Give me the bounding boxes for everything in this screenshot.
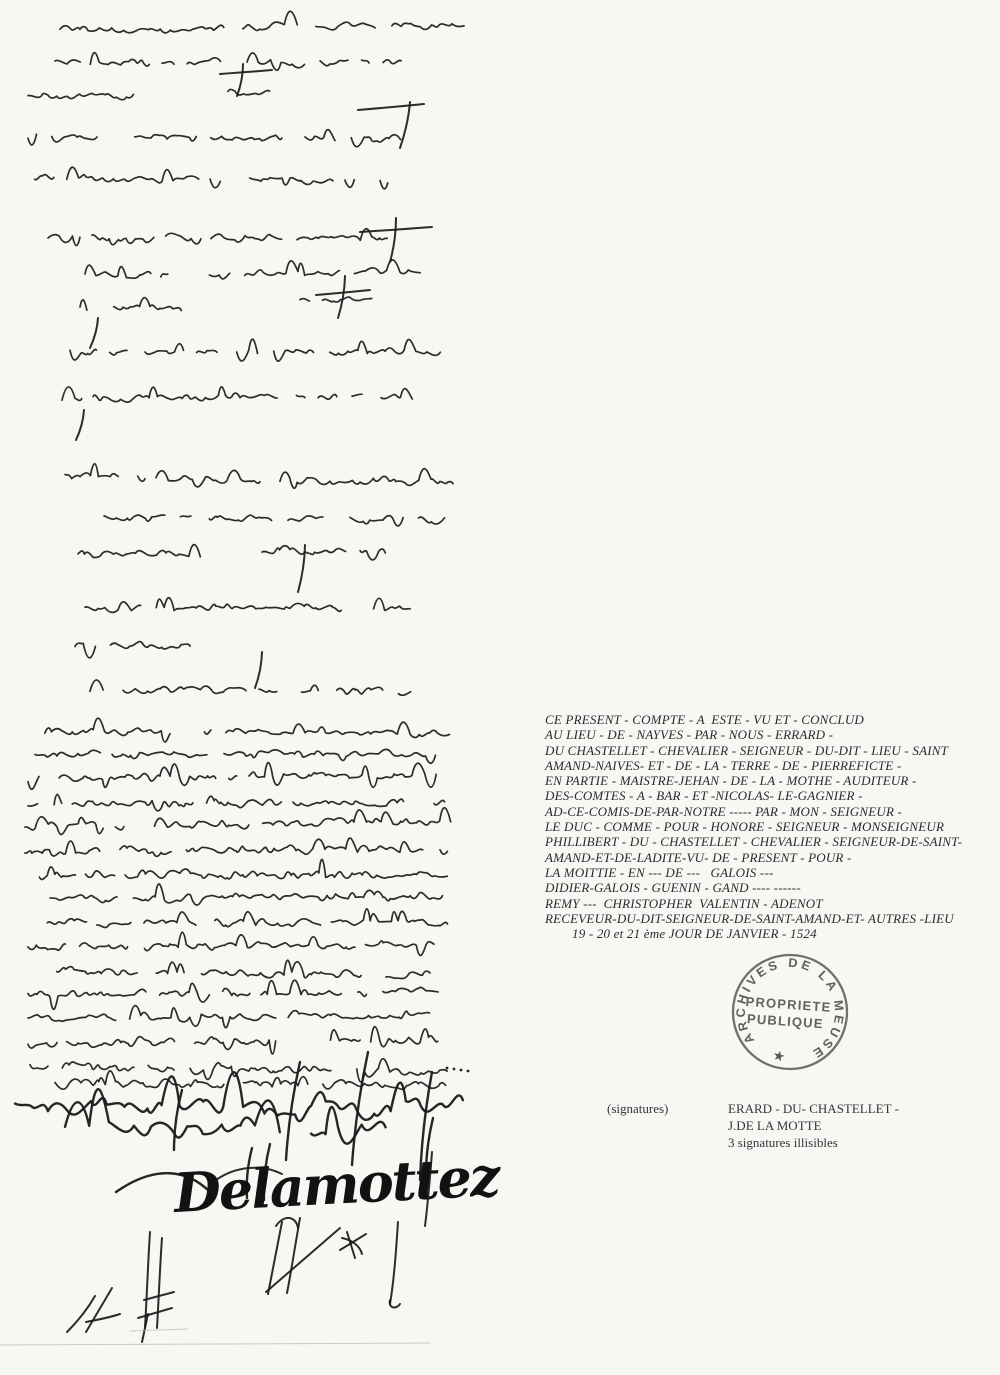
signature-note-line: 3 signatures illisibles <box>728 1134 1000 1151</box>
handwriting-stroke <box>39 859 447 879</box>
transcription-line: AMAND-NAIVES- ET - DE - LA - TERRE - DE … <box>545 758 962 773</box>
archive-stamp: ARCHIVES DE LA MEUSE PROPRIETE PUBLIQUE … <box>710 940 870 1085</box>
handwriting-stroke <box>286 1062 300 1160</box>
handwriting-stroke <box>28 761 436 792</box>
handwriting-stroke <box>262 545 398 561</box>
handwriting-stroke <box>15 1072 463 1121</box>
handwriting-stroke <box>25 808 451 835</box>
stamp-center-line2: PUBLIQUE <box>747 1011 825 1031</box>
transcription-line: CE PRESENT - COMPTE - A ESTE - VU ET - C… <box>545 712 962 727</box>
handwriting-stroke <box>400 102 410 148</box>
handwriting-stroke <box>35 167 388 189</box>
transcription-line: AD-CE-COMIS-DE-PAR-NOTRE ----- PAR - MON… <box>545 804 962 819</box>
stamp-star-icon: ★ <box>771 1048 787 1066</box>
transcription-line: PHILLIBERT - DU - CHASTELLET - CHEVALIER… <box>545 834 962 849</box>
signature-note-lines: ERARD - DU- CHASTELLET -J.DE LA MOTTE3 s… <box>728 1100 1000 1151</box>
handwriting-stroke <box>28 794 445 811</box>
manuscript-handwriting <box>25 9 464 1091</box>
transcription-line: RECEVEUR-DU-DIT-SEIGNEUR-DE-SAINT-AMAND-… <box>545 911 962 926</box>
handwriting-stroke <box>28 1002 430 1030</box>
handwriting-stroke <box>104 514 445 527</box>
transcription-line: REMY --- CHRISTOPHER VALENTIN - ADENOT <box>545 896 962 911</box>
transcription-line: LA MOITTIE - EN --- DE --- GALOIS --- <box>545 865 962 880</box>
handwriting-stroke <box>28 1026 438 1056</box>
transcription-line: LE DUC - COMME - POUR - HONORE - SEIGNEU… <box>545 819 962 834</box>
handwriting-stroke <box>358 104 424 110</box>
trailing-dot <box>453 1068 456 1071</box>
signature-note: (signatures) ERARD - DU- CHASTELLET -J.D… <box>607 1100 620 1168</box>
scan-artifacts <box>0 1329 430 1345</box>
transcription-line: DIDIER-GALOIS - GUENIN - GAND ---- -----… <box>545 880 962 895</box>
handwriting-stroke <box>57 958 448 980</box>
trailing-dot <box>467 1070 470 1073</box>
handwriting-stroke <box>45 718 450 743</box>
signature-note-line: J.DE LA MOTTE <box>728 1117 1000 1134</box>
handwriting-stroke <box>228 89 279 95</box>
handwriting-stroke <box>85 598 410 613</box>
handwriting-stroke <box>255 652 262 688</box>
transcription-line: DU CHASTELLET - CHEVALIER - SEIGNEUR - D… <box>545 743 962 758</box>
handwriting-stroke <box>55 1071 446 1091</box>
handwriting-stroke <box>70 339 440 362</box>
handwriting-stroke <box>80 297 182 311</box>
manuscript-signatures: Delamottez <box>15 1052 503 1342</box>
handwriting-stroke <box>352 1052 368 1165</box>
handwriting-stroke <box>237 64 243 96</box>
handwriting-stroke <box>50 882 443 907</box>
handwriting-stroke <box>60 9 464 34</box>
handwriting-stroke <box>28 979 438 1010</box>
signature-note-line: ERARD - DU- CHASTELLET - <box>728 1100 1000 1117</box>
handwriting-stroke <box>85 259 431 281</box>
manuscript-flourish-strokes <box>76 64 432 688</box>
trailing-dot <box>460 1069 463 1072</box>
handwriting-stroke <box>300 297 372 302</box>
transcription-line: DES-COMTES - A - BAR - ET -NICOLAS- LE-G… <box>545 788 962 803</box>
signature-note-label: (signatures) <box>607 1100 668 1117</box>
manuscript-panel: Delamottez <box>0 0 1000 1375</box>
handwriting-stroke <box>390 218 396 262</box>
handwriting-stroke <box>62 385 412 402</box>
handwriting-stroke <box>338 276 345 318</box>
handwriting-stroke <box>25 838 447 857</box>
handwriting-stroke <box>76 410 84 440</box>
transcription-line: AMAND-ET-DE-LADITE-VU- DE - PRESENT - PO… <box>545 850 962 865</box>
trailing-dot <box>446 1067 449 1070</box>
handwriting-stroke <box>90 318 98 348</box>
handwriting-stroke <box>55 51 401 71</box>
handwriting-stroke <box>130 1329 188 1331</box>
transcription-block: CE PRESENT - COMPTE - A ESTE - VU ET - C… <box>545 712 962 941</box>
signature-delamotte: Delamottez <box>170 1144 503 1225</box>
transcription-line: AU LIEU - DE - NAYVES - PAR - NOUS - ERR… <box>545 727 962 742</box>
handwriting-stroke <box>0 1343 430 1345</box>
handwriting-stroke <box>75 641 190 658</box>
handwriting-stroke <box>78 545 200 558</box>
handwriting-stroke <box>220 70 272 74</box>
handwriting-stroke <box>35 749 436 764</box>
handwriting-stroke <box>28 931 444 957</box>
handwriting-stroke <box>28 93 134 100</box>
scanned-document-page: Delamottez <box>0 0 1000 1375</box>
transcription-line: EN PARTIE - MAISTRE-JEHAN - DE - LA - MO… <box>545 773 962 788</box>
handwriting-stroke <box>48 227 403 247</box>
handwriting-stroke <box>65 463 453 490</box>
handwriting-stroke <box>28 127 419 149</box>
handwriting-stroke <box>47 909 447 928</box>
manuscript-trailing-dots <box>446 1067 470 1073</box>
